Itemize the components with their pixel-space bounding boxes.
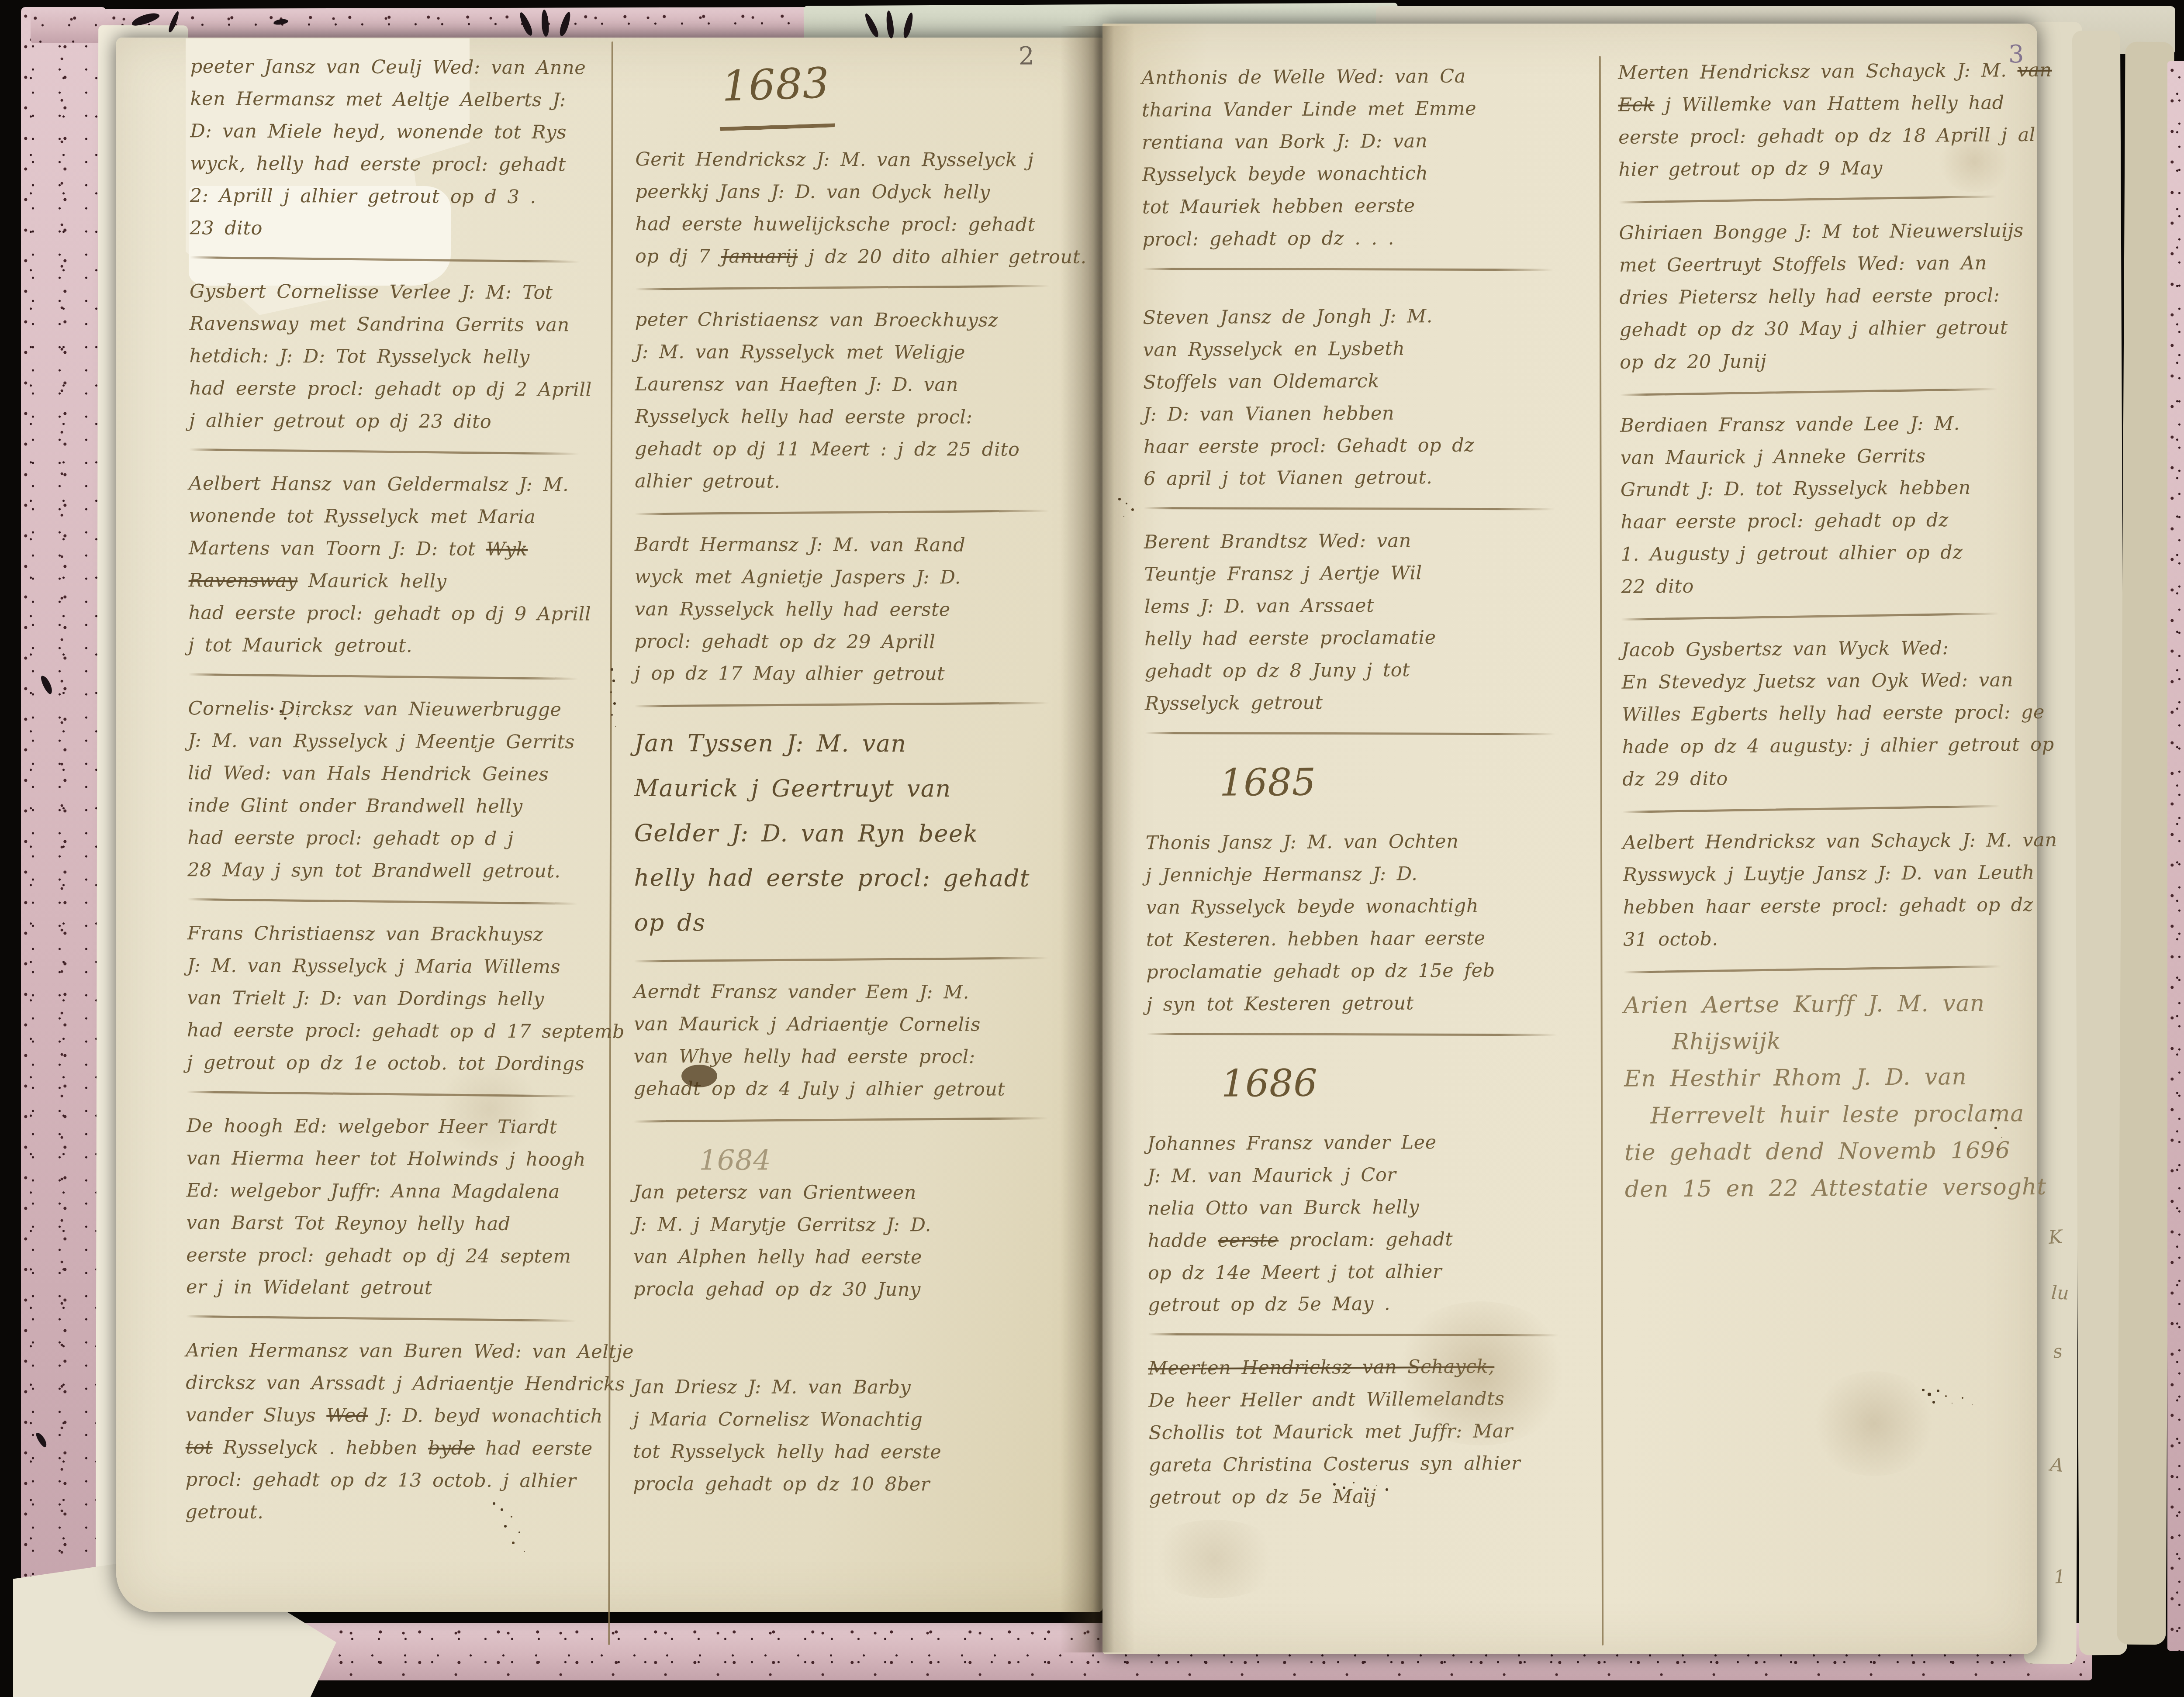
- register-entry: Aelbert Hansz van Geldermalsz J: M.wonen…: [188, 468, 604, 663]
- entry-line: J: D: van Vianen hebben: [1143, 397, 1580, 431]
- entry-separator-line: [1622, 805, 2000, 813]
- entry-line: Grundt J: D. tot Rysselyck hebben: [1621, 472, 2022, 507]
- entry-line: had eerste procl: gehadt op dj 9 Aprill: [188, 597, 603, 631]
- entry-line: Rysselyck beyde wonachtich: [1142, 157, 1579, 191]
- marbled-cover-left-edge: [21, 7, 106, 1693]
- entry-line: hadde eerste proclam: gehadt: [1147, 1223, 1584, 1257]
- entry-line: j Maria Cornelisz Wonachtig: [633, 1404, 1074, 1437]
- entry-line: Maurick j Geertruyt van: [634, 766, 1075, 811]
- entry-line: Jan Driesz J: M. van Barby: [633, 1371, 1074, 1404]
- entry-line: Berdiaen Fransz vande Lee J: M.: [1620, 407, 2022, 442]
- entry-line: ken Hermansz met Aeltje Aelberts J:: [190, 83, 605, 117]
- register-entry: Aelbert Hendricksz van Schayck J: M. van…: [1623, 824, 2025, 956]
- entry-line: haar eerste procl: gehadt op dz: [1621, 504, 2022, 539]
- entry-line: lid Wed: van Hals Hendrick Geines: [188, 757, 603, 791]
- entry-text: j Willemke van Hattem helly had: [1654, 92, 2004, 116]
- register-entry: Anthonis de Welle Wed: van Catharina Van…: [1141, 60, 1579, 256]
- register-entry: Thonis Jansz J: M. van Ochtenj Jennichje…: [1145, 825, 1583, 1021]
- entry-line: nelia Otto van Burck helly: [1147, 1190, 1584, 1225]
- ink-speckles: [1992, 1109, 1994, 1112]
- entry-line: j getrout op dz 1e octob. tot Dordings: [187, 1047, 602, 1080]
- entry-separator-line: [1620, 388, 1998, 396]
- entry-line: procl: gehadt op dz . . .: [1142, 221, 1579, 256]
- entry-line: gehadt op dz 8 Juny j tot: [1144, 654, 1581, 688]
- entry-line: eerste procl: gehadt op dz 18 Aprill j a…: [1618, 119, 2020, 154]
- entry-separator-line: [1143, 268, 1553, 271]
- entry-text: Rysselyck . hebben: [213, 1437, 429, 1459]
- page-fore-edge: [2117, 42, 2174, 1645]
- entry-text: had eerste: [475, 1438, 593, 1460]
- entry-line: Aelbert Hansz van Geldermalsz J: M.: [189, 468, 604, 502]
- entry-line: procla gehadt op dz 10 8ber: [633, 1468, 1074, 1501]
- entry-text: Martens van Toorn J: D: tot: [189, 538, 486, 560]
- entry-line: Herrevelt huir leste proclama: [1650, 1095, 2026, 1134]
- entry-line: J: M. van Rysselyck met Weligje: [635, 336, 1076, 369]
- entry-text: op dj 7: [635, 245, 721, 267]
- entry-line: dries Pietersz helly had eerste procl:: [1619, 279, 2021, 314]
- year-heading: 1686: [1221, 1050, 1584, 1116]
- entry-line: Arien Aertse Kurff J. M. van: [1624, 985, 2025, 1024]
- entry-line: j Jennichje Hermansz J: D.: [1146, 857, 1583, 892]
- entry-line: Rysselyck getrout: [1145, 686, 1582, 721]
- register-entry: Arien Aertse Kurff J. M. vanRhijswijkEn …: [1624, 985, 2027, 1208]
- left-page-column-2: 1683Gerit Hendricksz J: M. van Rysselyck…: [633, 47, 1077, 1504]
- entry-separator-line: [1147, 1033, 1557, 1036]
- register-entry: De hoogh Ed: welgebor Heer Tiardtvan Hie…: [186, 1110, 602, 1305]
- entry-separator-line: [1624, 965, 2001, 973]
- struck-text: Wyk: [486, 538, 528, 560]
- entry-line: gehadt op dz 30 May j alhier getrout: [1620, 312, 2022, 347]
- entry-line: den 15 en 22 Attestatie versoght: [1625, 1169, 2027, 1208]
- entry-separator-line: [1621, 613, 1999, 621]
- entry-text: J: D. beyd wonachtich: [368, 1405, 603, 1428]
- entry-line: peerkkj Jans J: D. van Odyck helly: [635, 176, 1076, 209]
- entry-line: lems J: D. van Arssaet: [1144, 589, 1581, 624]
- register-entry: Merten Hendricksz van Schayck J: M. vanE…: [1618, 55, 2021, 186]
- manuscript-scan: 2 3 peeter Jansz van Ceulj Wed: van Anne…: [0, 0, 2184, 1697]
- entry-line: Gysbert Cornelisse Verlee J: M: Tot: [190, 276, 605, 309]
- entry-line: hade op dz 4 augusty: j alhier getrout o…: [1622, 729, 2024, 764]
- entry-line: had eerste procl: gehadt op dj 2 Aprill: [189, 373, 604, 406]
- entry-line: De hoogh Ed: welgebor Heer Tiardt: [187, 1110, 601, 1144]
- register-entry: Jan Tyssen J: M. vanMaurick j Geertruyt …: [634, 721, 1075, 946]
- struck-text: Wed: [326, 1405, 368, 1427]
- register-entry: Berdiaen Fransz vande Lee J: M.van Mauri…: [1620, 407, 2023, 604]
- struck-text: byde: [428, 1438, 475, 1459]
- entry-line: peter Christiaensz van Broeckhuysz: [635, 304, 1076, 337]
- entry-line: Eck j Willemke van Hattem helly had: [1618, 87, 2020, 122]
- entry-line: procl: gehadt op dz 29 Aprill: [634, 626, 1075, 659]
- entry-line: Arien Hermansz van Buren Wed: van Aeltje: [186, 1335, 601, 1369]
- entry-line: hebben haar eerste procl: gehadt op dz: [1623, 889, 2025, 924]
- entry-line: getrout op dz 5e May .: [1148, 1287, 1585, 1322]
- entry-line: getrout op dz 5e Maij: [1149, 1480, 1586, 1514]
- struck-text: Ravensway: [189, 570, 298, 592]
- entry-separator-line: [187, 898, 577, 905]
- entry-line: J: M. van Maurick j Cor: [1147, 1158, 1584, 1193]
- entry-line: 1. Augusty j getrout alhier op dz: [1621, 537, 2023, 572]
- entry-line: Frans Christiaensz van Brackhuysz: [187, 917, 602, 951]
- entry-separator-line: [186, 1315, 576, 1322]
- ink-speckles: [271, 707, 273, 710]
- entry-line: Ghiriaen Bongge J: M tot Nieuwersluijs: [1619, 215, 2021, 250]
- entry-line: gehadt op dz 4 July j alhier getrout: [634, 1073, 1075, 1106]
- entry-separator-line: [188, 673, 578, 680]
- entry-line: op dz 14e Meert j tot alhier: [1148, 1255, 1585, 1290]
- entry-text: proclam: gehadt: [1279, 1228, 1453, 1251]
- entry-line: van Maurick j Anneke Gerrits: [1620, 440, 2022, 475]
- register-entry: peeter Jansz van Ceulj Wed: van Anneken …: [190, 51, 605, 246]
- entry-line: dircksz van Arssadt j Adriaentje Hendric…: [186, 1367, 601, 1401]
- entry-line: wonende tot Rysselyck met Maria: [189, 500, 604, 534]
- register-entry: Jacob Gysbertsz van Wyck Wed:En Stevedyz…: [1621, 632, 2024, 796]
- entry-line: van Hierma heer tot Holwinds j hoogh: [187, 1142, 601, 1176]
- register-entry: Bardt Hermansz J: M. van Randwyck met Ag…: [634, 529, 1076, 691]
- entry-line: Berent Brandtsz Wed: van: [1144, 524, 1581, 559]
- entry-separator-line: [634, 1117, 1048, 1122]
- entry-line: procla gehad op dz 30 Juny: [633, 1273, 1075, 1307]
- entry-line: Martens van Toorn J: D: tot Wyk: [189, 533, 604, 566]
- entry-line: van Barst Tot Reynoy helly had: [186, 1207, 601, 1241]
- entry-line: gehadt op dj 11 Meert : j dz 25 dito: [635, 433, 1076, 466]
- entry-line: had eerste huwelijcksche procl: gehadt: [635, 208, 1076, 241]
- entry-separator-line: [1144, 507, 1555, 510]
- entry-line: helly had eerste procl: gehadt: [634, 855, 1075, 901]
- entry-separator-line: [635, 285, 1050, 290]
- entry-line: op dz 20 Junij: [1620, 344, 2022, 379]
- entry-line: 23 dito: [190, 212, 605, 246]
- entry-line: Laurensz van Haeften J: D. van: [635, 369, 1076, 402]
- entry-line: dz 29 dito: [1622, 761, 2024, 796]
- entry-line: van Whye helly had eerste procl:: [634, 1041, 1075, 1074]
- entry-line: gareta Christina Costerus syn alhier: [1149, 1448, 1586, 1482]
- entry-line: op dj 7 Januarij j dz 20 dito alhier get…: [635, 241, 1076, 274]
- register-entry: Steven Jansz de Jongh J: M.van Rysselyck…: [1143, 300, 1580, 496]
- entry-line: Aerndt Fransz vander Eem J: M.: [634, 976, 1075, 1009]
- entry-line: tot Mauriek hebben eerste: [1142, 189, 1579, 224]
- right-page-column-1: Anthonis de Welle Wed: van Catharina Van…: [1141, 60, 1586, 1517]
- register-entry: Aerndt Fransz vander Eem J: M.van Mauric…: [634, 976, 1075, 1106]
- entry-line: J: M. van Rysselyck j Maria Willems: [187, 950, 602, 983]
- entry-line: Bardt Hermansz J: M. van Rand: [635, 529, 1076, 562]
- entry-line: hetdich: J: D: Tot Rysselyck helly: [189, 340, 604, 374]
- register-entry: Gysbert Cornelisse Verlee J: M: TotRaven…: [189, 276, 605, 438]
- entry-line: Rhijswijk: [1672, 1021, 2025, 1060]
- entry-line: Jan Tyssen J: M. van: [634, 721, 1075, 767]
- entry-separator-line: [634, 702, 1049, 707]
- entry-line: vander Sluys Wed J: D. beyd wonachtich: [186, 1400, 601, 1433]
- entry-line: Ravensway met Sandrina Gerrits van: [190, 308, 605, 341]
- entry-text: hadde: [1147, 1229, 1218, 1252]
- struck-text: Eck: [1618, 94, 1654, 116]
- entry-separator-line: [1148, 1333, 1559, 1336]
- entry-separator-line: [635, 510, 1049, 515]
- register-entry: Cornelis Dircksz van NieuwerbruggeJ: M. …: [187, 693, 603, 888]
- struck-text: Januarij: [721, 245, 798, 267]
- entry-separator-line: [187, 1091, 577, 1097]
- entry-line: En Stevedyz Juetsz van Oyk Wed: van: [1621, 664, 2023, 699]
- entry-line: van Alphen helly had eerste: [633, 1241, 1075, 1274]
- entry-line: Schollis tot Maurick met Juffr: Mar: [1149, 1415, 1586, 1450]
- entry-line: Gerit Hendricksz J: M. van Rysselyck j: [635, 144, 1076, 177]
- entry-line: Anthonis de Welle Wed: van Ca: [1141, 60, 1578, 94]
- fore-edge-writing-fragment: A: [2049, 1454, 2064, 1476]
- entry-line: Cornelis Dircksz van Nieuwerbrugge: [188, 693, 603, 727]
- entry-line: tot Rysselyck helly had eerste: [633, 1436, 1074, 1469]
- register-entry: Meerten Hendricksz van Schayck,De heer H…: [1148, 1351, 1586, 1514]
- entry-line: tot Kesteren. hebben haar eerste: [1146, 922, 1583, 956]
- entry-line: Gelder J: D. van Ryn beek: [634, 811, 1075, 856]
- entry-line: hier getrout op dz 9 May: [1618, 152, 2020, 186]
- entry-line: Steven Jansz de Jongh J: M.: [1143, 300, 1579, 334]
- struck-text: eerste: [1218, 1229, 1279, 1252]
- entry-line: er j in Widelant getrout: [186, 1272, 601, 1305]
- entry-line: van Trielt J: D: van Dordings helly: [187, 982, 602, 1016]
- entry-line: procl: gehadt op dz 13 octob. j alhier: [185, 1464, 600, 1498]
- entry-line: 28 May j syn tot Brandwell getrout.: [187, 854, 602, 888]
- entry-line: De heer Heller andt Willemelandts: [1148, 1383, 1585, 1418]
- entry-line: Rysswyck j Luytje Jansz J: D. van Leuth: [1623, 857, 2025, 892]
- struck-text: Meerten Hendricksz van Schayck,: [1148, 1356, 1495, 1380]
- entry-line: Merten Hendricksz van Schayck J: M. van: [1618, 55, 2020, 90]
- entry-line: j op dz 17 May alhier getrout: [634, 658, 1075, 691]
- entry-line: Ed: welgebor Juffr: Anna Magdalena: [187, 1175, 601, 1208]
- entry-separator-line: [190, 256, 580, 263]
- entry-line: met Geertruyt Stoffels Wed: van An: [1619, 247, 2021, 282]
- entry-text: j dz 20 dito alhier getrout.: [798, 246, 1086, 268]
- entry-line: van Rysselyck beyde wonachtigh: [1146, 890, 1583, 924]
- entry-line: Johannes Fransz vander Lee: [1147, 1126, 1584, 1160]
- entry-line: 31 octob.: [1623, 921, 2025, 956]
- year-heading: 1684: [699, 1137, 1075, 1186]
- register-entry: Jan Driesz J: M. van Barbyj Maria Cornel…: [633, 1371, 1075, 1501]
- year-heading: 1685: [1220, 749, 1583, 816]
- entry-line: Willes Egberts helly had eerste procl: g…: [1622, 697, 2024, 731]
- register-entry: Frans Christiaensz van BrackhuyszJ: M. v…: [187, 917, 602, 1080]
- register-entry: Gerit Hendricksz J: M. van Rysselyck jpe…: [635, 144, 1077, 274]
- entry-line: wyck, helly had eerste procl: gehadt: [190, 148, 605, 181]
- entry-line: J: M. j Marytje Gerritsz J: D.: [633, 1209, 1075, 1242]
- entry-line: van Rysselyck en Lysbeth: [1143, 332, 1580, 366]
- entry-line: J: M. van Rysselyck j Meentje Gerrits: [188, 725, 603, 759]
- register-entry: Johannes Fransz vander LeeJ: M. van Maur…: [1147, 1126, 1585, 1322]
- entry-line: op ds: [634, 900, 1075, 946]
- marbled-cover-right-edge: [2167, 61, 2184, 1651]
- entry-line: Stoffels van Oldemarck: [1143, 364, 1580, 399]
- register-entry: Jan petersz van GrientweenJ: M. j Marytj…: [633, 1176, 1075, 1307]
- entry-line: eerste procl: gehadt op dj 24 septem: [186, 1239, 601, 1273]
- entry-text: Maurick helly: [297, 570, 446, 593]
- entry-separator-line: [189, 448, 579, 455]
- entry-separator-line: [1619, 195, 1997, 204]
- entry-line: 22 dito: [1621, 569, 2023, 604]
- register-entry: peter Christiaensz van BroeckhuyszJ: M. …: [635, 304, 1076, 498]
- entry-line: alhier getrout.: [635, 466, 1076, 499]
- left-page-column-1: peeter Jansz van Ceulj Wed: van Anneken …: [185, 51, 605, 1532]
- entry-line: Ravensway Maurick helly: [189, 565, 604, 599]
- entry-line: tot Rysselyck . hebben byde had eerste: [186, 1432, 601, 1466]
- entry-line: En Hesthir Rhom J. D. van: [1624, 1059, 2026, 1098]
- ink-speckles: [1922, 1389, 1925, 1391]
- entry-line: tharina Vander Linde met Emme: [1142, 92, 1579, 127]
- entry-line: Aelbert Hendricksz van Schayck J: M. van: [1623, 824, 2025, 859]
- ink-speckles: [1118, 498, 1121, 500]
- entry-line: getrout.: [185, 1497, 600, 1530]
- entry-line: helly had eerste proclamatie: [1144, 621, 1581, 656]
- entry-line: Rysselyck helly had eerste procl:: [635, 401, 1076, 434]
- entry-line: wyck met Agnietje Jaspers J: D.: [635, 561, 1076, 594]
- entry-line: j syn tot Kesteren getrout: [1146, 986, 1583, 1021]
- entry-line: tie gehadt dend Novemb 1696: [1624, 1132, 2026, 1171]
- entry-line: j alhier getrout op dj 23 dito: [189, 405, 604, 438]
- entry-line: D: van Miele heyd, wonende tot Rys: [190, 115, 605, 149]
- entry-line: had eerste procl: gehadt op d j: [187, 822, 602, 855]
- entry-line: Thonis Jansz J: M. van Ochten: [1145, 825, 1582, 859]
- entry-line: rentiana van Bork J: D: van: [1142, 124, 1579, 159]
- entry-line: inde Glint onder Brandwell helly: [188, 790, 603, 823]
- entry-line: j tot Maurick getrout.: [188, 630, 603, 663]
- entry-line: van Maurick j Adriaentje Cornelis: [634, 1008, 1075, 1042]
- entry-line: Jacob Gysbertsz van Wyck Wed:: [1621, 632, 2023, 667]
- ink-speckles: [1333, 1483, 1336, 1486]
- entry-line: 6 april j tot Vianen getrout.: [1144, 461, 1580, 496]
- year-heading: 1683: [717, 47, 835, 131]
- entry-line: haar eerste procl: Gehadt op dz: [1144, 429, 1580, 463]
- fore-edge-writing-fragment: K: [2048, 1226, 2063, 1248]
- entry-text: Merten Hendricksz van Schayck J: M.: [1618, 59, 2018, 84]
- entry-line: 2: Aprill j alhier getrout op d 3 .: [190, 180, 605, 214]
- register-entry: Arien Hermansz van Buren Wed: van Aeltje…: [185, 1335, 601, 1530]
- fore-edge-writing-fragment: lu: [2051, 1282, 2070, 1304]
- ink-speckles: [493, 1502, 495, 1505]
- struck-text: tot: [186, 1437, 213, 1459]
- register-entry: Berent Brandtsz Wed: vanTeuntje Fransz j…: [1144, 524, 1582, 721]
- right-page-column-2: Merten Hendricksz van Schayck J: M. vanE…: [1618, 55, 2027, 1211]
- entry-line: Meerten Hendricksz van Schayck,: [1148, 1351, 1585, 1385]
- entry-separator-line: [634, 957, 1048, 962]
- ink-speckles: [611, 668, 613, 671]
- entry-line: proclamatie gehadt op dz 15e feb: [1146, 954, 1583, 989]
- entry-line: had eerste procl: gehadt op d 17 septemb: [187, 1014, 602, 1048]
- entry-separator-line: [1145, 732, 1555, 735]
- struck-text: van: [2017, 59, 2052, 81]
- entry-line: peeter Jansz van Ceulj Wed: van Anne: [190, 51, 605, 84]
- entry-line: van Rysselyck helly had eerste: [635, 593, 1076, 627]
- entry-line: Teuntje Fransz j Aertje Wil: [1144, 557, 1581, 591]
- register-entry: Ghiriaen Bongge J: M tot Nieuwersluijsme…: [1619, 215, 2022, 379]
- entry-text: vander Sluys: [186, 1404, 326, 1427]
- fore-edge-writing-fragment: 1: [2053, 1566, 2066, 1587]
